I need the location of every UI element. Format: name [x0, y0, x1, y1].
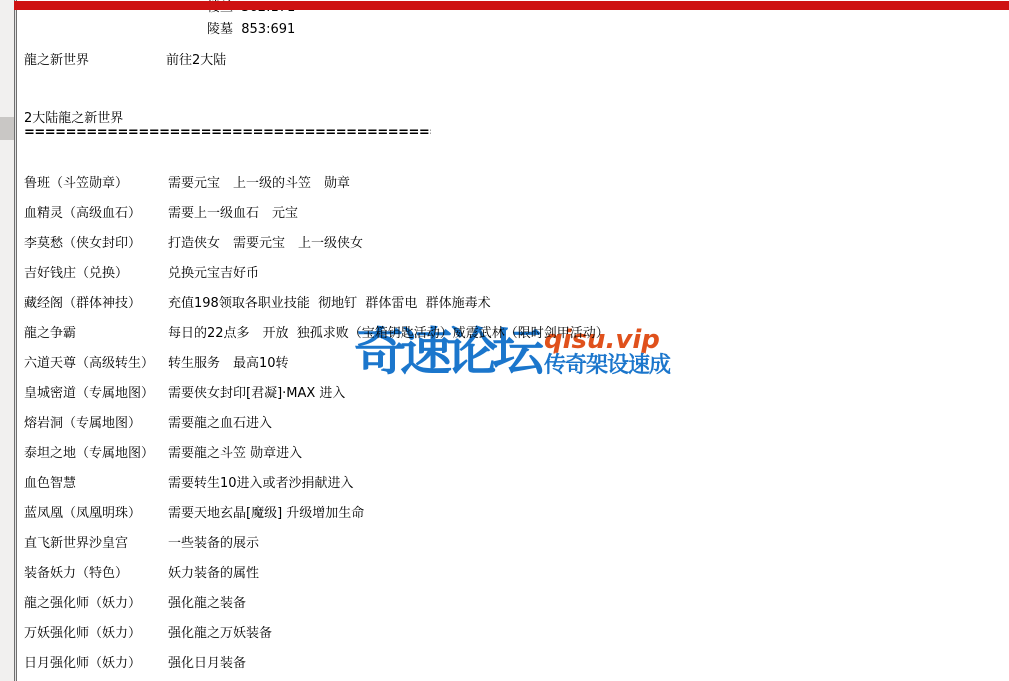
top-red-bar	[14, 1, 1009, 10]
list-item: 龍之强化师（妖力）强化龍之装备	[0, 596, 1009, 611]
equals-divider: ========================================…	[24, 125, 431, 137]
list-item: 龍之争霸每日的22点多 开放 独孤求败（宝箱钥匙活动）威震武林（限时剑甲活动）	[0, 326, 1009, 341]
item-label: 李莫愁（侠女封印）	[24, 236, 141, 251]
list-item: 万妖强化师（妖力）强化龍之万妖装备	[0, 626, 1009, 641]
list-item: 熔岩洞（专属地图）需要龍之血石进入	[0, 416, 1009, 431]
item-desc: 强化日月装备	[168, 656, 246, 671]
item-label: 血精灵（高级血石）	[24, 206, 141, 221]
list-item: 泰坦之地（专属地图）需要龍之斗笠 勋章进入	[0, 446, 1009, 461]
item-label: 六道天尊（高级转生）	[24, 356, 154, 371]
list-item: 李莫愁（侠女封印）打造侠女 需要元宝 上一级侠女	[0, 236, 1009, 251]
left-scrollbar-thumb[interactable]	[0, 117, 14, 140]
item-desc: 强化龍之装备	[168, 596, 246, 611]
list-item: 血精灵（高级血石）需要上一级血石 元宝	[0, 206, 1009, 221]
item-label: 血色智慧	[24, 476, 76, 491]
left-scrollbar-track[interactable]	[0, 0, 14, 681]
list-item: 装备妖力（特色）妖力装备的属性	[0, 566, 1009, 581]
window-border-line	[16, 0, 17, 681]
section-title: 2大陆龍之新世界	[24, 111, 123, 126]
item-desc: 一些装备的展示	[168, 536, 259, 551]
item-desc: 兑换元宝吉好币	[168, 266, 259, 281]
item-desc: 转生服务 最高10转	[168, 356, 289, 371]
item-desc: 需要元宝 上一级的斗笠 勋章	[168, 176, 350, 191]
item-desc: 需要龍之斗笠 勋章进入	[168, 446, 302, 461]
list-item: 吉好钱庄（兑换）兑换元宝吉好币	[0, 266, 1009, 281]
item-label: 熔岩洞（专属地图）	[24, 416, 141, 431]
item-label: 装备妖力（特色）	[24, 566, 128, 581]
list-item: 血色智慧需要转生10进入或者沙捐献进入	[0, 476, 1009, 491]
item-label: 蓝凤凰（凤凰明珠）	[24, 506, 141, 521]
tomb-coordinate-line: 陵墓 853:691	[207, 22, 295, 37]
item-label: 龍之争霸	[24, 326, 76, 341]
item-label: 日月强化师（妖力）	[24, 656, 141, 671]
list-item: 直飞新世界沙皇宫一些装备的展示	[0, 536, 1009, 551]
item-label: 吉好钱庄（兑换）	[24, 266, 128, 281]
item-label: 万妖强化师（妖力）	[24, 626, 141, 641]
item-desc: 妖力装备的属性	[168, 566, 259, 581]
list-item: 蓝凤凰（凤凰明珠）需要天地玄晶[魔级] 升级增加生命	[0, 506, 1009, 521]
list-item: 皇城密道（专属地图）需要侠女封印[君凝]·MAX 进入	[0, 386, 1009, 401]
item-desc: 需要转生10进入或者沙捐献进入	[168, 476, 354, 491]
list-item: 日月强化师（妖力）强化日月装备	[0, 656, 1009, 671]
item-desc: 需要龍之血石进入	[168, 416, 272, 431]
item-desc: 强化龍之万妖装备	[168, 626, 272, 641]
item-label: 龍之强化师（妖力）	[24, 596, 141, 611]
item-label: 藏经阁（群体神技）	[24, 296, 141, 311]
item-desc: 需要侠女封印[君凝]·MAX 进入	[168, 386, 345, 401]
list-item: 藏经阁（群体神技）充值198领取各职业技能 彻地钉 群体雷电 群体施毒术	[0, 296, 1009, 311]
item-label: 皇城密道（专属地图）	[24, 386, 154, 401]
item-label: 泰坦之地（专属地图）	[24, 446, 154, 461]
item-desc: 充值198领取各职业技能 彻地钉 群体雷电 群体施毒术	[168, 296, 491, 311]
list-item: 鲁班（斗笠勋章）需要元宝 上一级的斗笠 勋章	[0, 176, 1009, 191]
list-item: 六道天尊（高级转生）转生服务 最高10转	[0, 356, 1009, 371]
item-desc: 需要上一级血石 元宝	[168, 206, 298, 221]
world-label: 龍之新世界	[24, 53, 89, 68]
world-action: 前往2大陆	[166, 53, 226, 68]
item-label: 直飞新世界沙皇宫	[24, 536, 128, 551]
item-desc: 每日的22点多 开放 独孤求败（宝箱钥匙活动）威震武林（限时剑甲活动）	[168, 326, 609, 341]
item-desc: 打造侠女 需要元宝 上一级侠女	[168, 236, 363, 251]
item-label: 鲁班（斗笠勋章）	[24, 176, 128, 191]
item-desc: 需要天地玄晶[魔级] 升级增加生命	[168, 506, 364, 521]
